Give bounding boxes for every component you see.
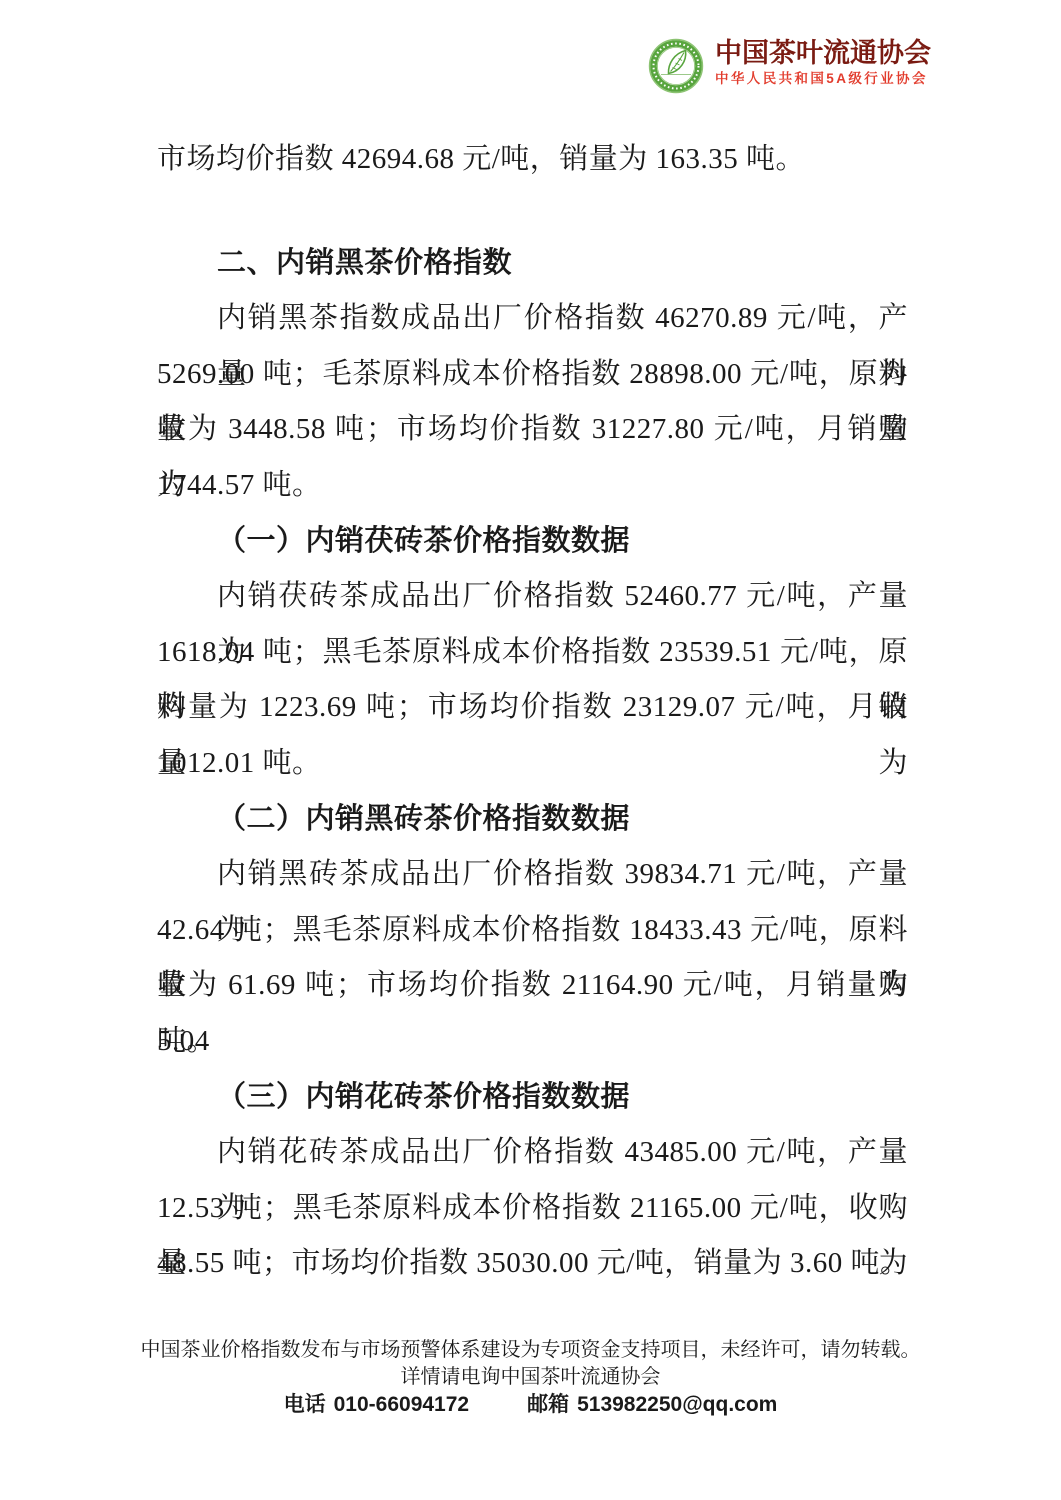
phone-label: 电话 [284, 1391, 326, 1419]
blank-line [157, 188, 908, 236]
association-logo: 中国茶叶流通协会 中华人民共和国5A级行业协会 [648, 38, 931, 94]
body-line: 内销茯砖茶成品出厂价格指数 52460.77 元/吨，产量为 [157, 569, 908, 625]
association-name: 中国茶叶流通协会 [715, 38, 931, 68]
body-line: 市场均价指数 42694.68 元/吨，销量为 163.35 吨。 [157, 132, 908, 188]
body-line: 内销黑茶指数成品出厂价格指数 46270.89 元/吨，产量为 [157, 291, 908, 347]
body-line: 内销花砖茶成品出厂价格指数 43485.00 元/吨，产量为 [157, 1125, 908, 1181]
footer-notice: 中国茶业价格指数发布与市场预警体系建设为专项资金支持项目，未经许可，请勿转载。 [0, 1337, 1061, 1364]
body-line: 量为 61.69 吨；市场均价指数 21164.90 元/吨，月销量为 5.04 [157, 958, 908, 1014]
logo-text: 中国茶叶流通协会 中华人民共和国5A级行业协会 [715, 38, 931, 87]
body-line: 量为 3448.58 吨；市场均价指数 31227.80 元/吨，月销量为 [157, 402, 908, 458]
body-line: 42.64 吨；黑毛茶原料成本价格指数 18433.43 元/吨，原料收购 [157, 903, 908, 959]
phone-contact: 电话 010-66094172 [284, 1391, 469, 1419]
body-line: 吨。 [157, 1014, 908, 1070]
footer-inquiry: 详情请电询中国茶叶流通协会 [0, 1364, 1061, 1391]
footer-contacts: 电话 010-66094172 邮箱 513982250@qq.com [0, 1391, 1061, 1419]
report-body: 市场均价指数 42694.68 元/吨，销量为 163.35 吨。 二、内销黑茶… [157, 132, 908, 1292]
subsection-heading: （一）内销茯砖茶价格指数数据 [157, 514, 908, 570]
phone-number: 010-66094172 [334, 1391, 469, 1419]
body-line: 48.55 吨；市场均价指数 35030.00 元/吨，销量为 3.60 吨。 [157, 1236, 908, 1292]
body-line: 内销黑砖茶成品出厂价格指数 39834.71 元/吨，产量为 [157, 847, 908, 903]
document-page: { "colors": { "text": "#1a1a1a", "logo_t… [0, 0, 1061, 1500]
email-address: 513982250@qq.com [577, 1391, 777, 1419]
email-label: 邮箱 [527, 1391, 569, 1419]
body-line: 购量为 1223.69 吨；市场均价指数 23129.07 元/吨，月销量为 [157, 680, 908, 736]
body-line: 1618.04 吨；黑毛茶原料成本价格指数 23539.51 元/吨，原料收 [157, 625, 908, 681]
email-contact: 邮箱 513982250@qq.com [527, 1391, 777, 1419]
body-line: 12.53 吨；黑毛茶原料成本价格指数 21165.00 元/吨，收购量为 [157, 1181, 908, 1237]
tea-leaf-emblem-icon [648, 38, 704, 94]
association-subtitle: 中华人民共和国5A级行业协会 [715, 71, 931, 87]
body-line: 1744.57 吨。 [157, 458, 908, 514]
page-footer: 中国茶业价格指数发布与市场预警体系建设为专项资金支持项目，未经许可，请勿转载。 … [0, 1337, 1061, 1419]
section-heading: 二、内销黑茶价格指数 [157, 236, 908, 292]
body-line: 5269.00 吨；毛茶原料成本价格指数 28898.00 元/吨，原料收购 [157, 347, 908, 403]
subsection-heading: （三）内销花砖茶价格指数数据 [157, 1070, 908, 1126]
subsection-heading: （二）内销黑砖茶价格指数数据 [157, 792, 908, 848]
